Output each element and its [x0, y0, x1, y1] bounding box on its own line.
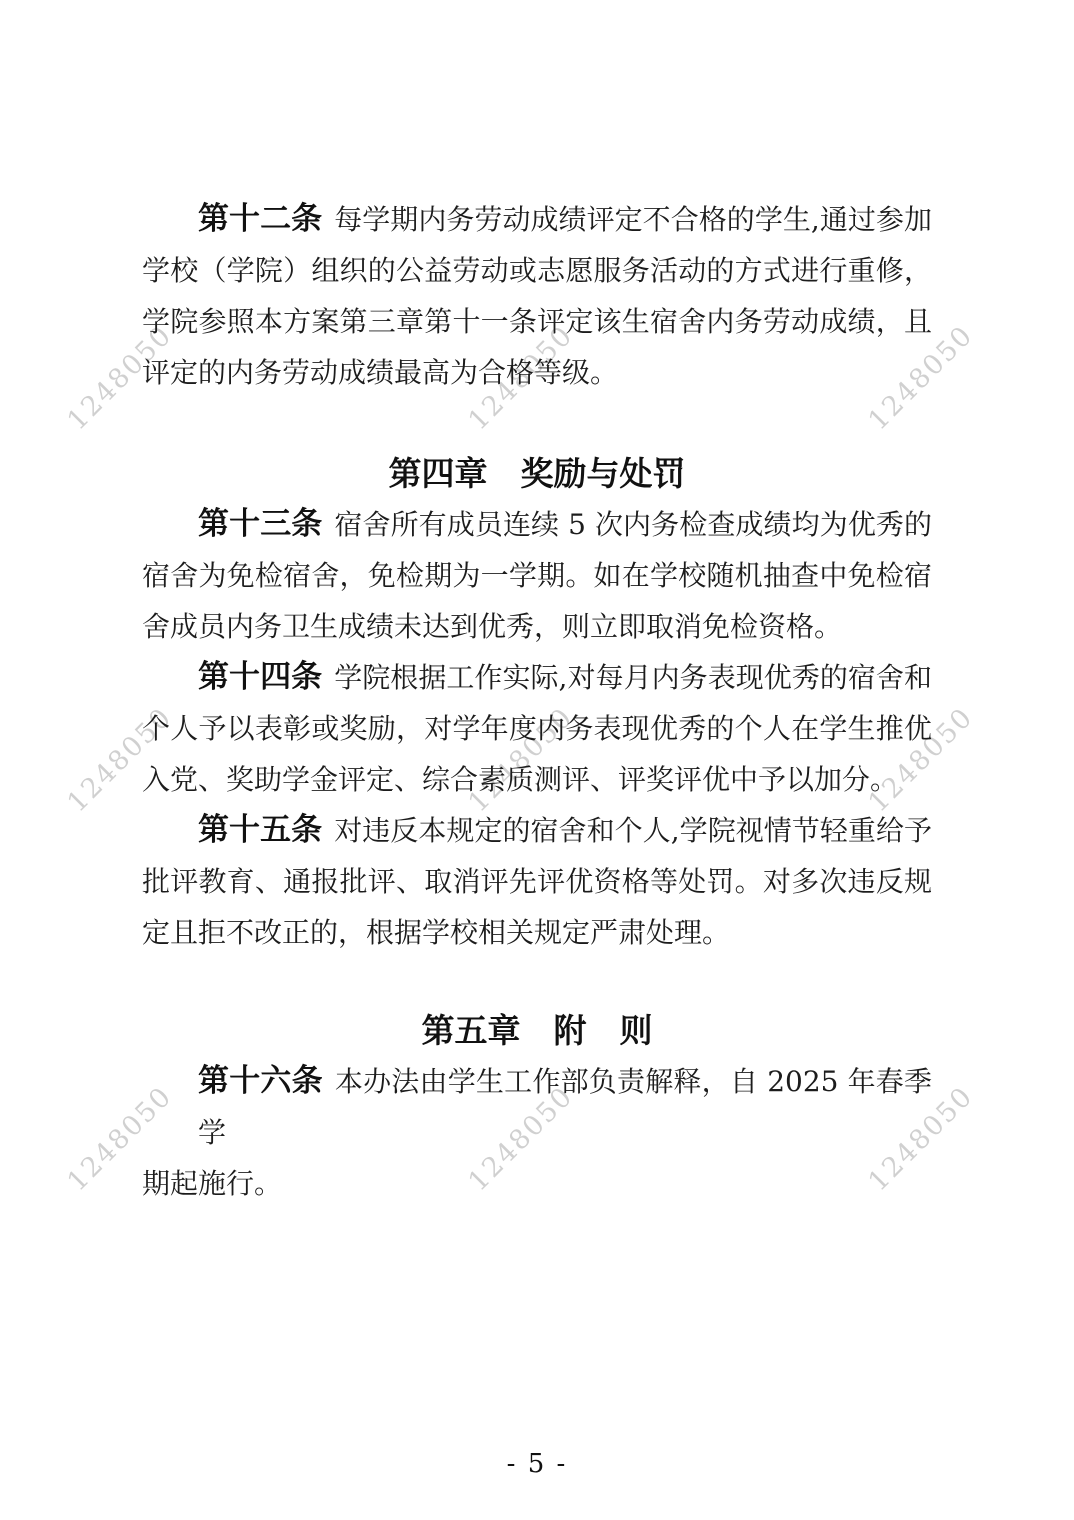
article-line: 入党、奖助学金评定、综合素质测评、评奖评优中予以加分。	[142, 754, 932, 805]
article-14-number: 第十四条	[198, 659, 322, 695]
article-line: 学校（学院）组织的公益劳动或志愿服务活动的方式进行重修，	[142, 245, 932, 296]
article-line: 第十四条学院根据工作实际,对每月内务表现优秀的宿舍和	[142, 652, 932, 703]
chapter-5-heading: 第五章 附 则	[142, 1005, 932, 1056]
article-line: 评定的内务劳动成绩最高为合格等级。	[142, 347, 932, 398]
article-text: 对违反本规定的宿舍和个人,学院视情节轻重给予	[334, 814, 932, 847]
article-line: 学院参照本方案第三章第十一条评定该生宿舍内务劳动成绩，且	[142, 296, 932, 347]
article-13-number: 第十三条	[198, 506, 322, 542]
article-line: 期起施行。	[142, 1158, 932, 1209]
article-12: 第十二条每学期内务劳动成绩评定不合格的学生,通过参加 学校（学院）组织的公益劳动…	[142, 194, 932, 398]
chapter-4-heading: 第四章 奖励与处罚	[142, 448, 932, 499]
article-14: 第十四条学院根据工作实际,对每月内务表现优秀的宿舍和 个人予以表彰或奖励，对学年…	[142, 652, 932, 805]
document-content: 第十二条每学期内务劳动成绩评定不合格的学生,通过参加 学校（学院）组织的公益劳动…	[0, 0, 1074, 1479]
article-line: 宿舍为免检宿舍，免检期为一学期。如在学校随机抽查中免检宿	[142, 550, 932, 601]
article-line: 个人予以表彰或奖励，对学年度内务表现优秀的个人在学生推优	[142, 703, 932, 754]
article-text: 每学期内务劳动成绩评定不合格的学生,通过参加	[334, 203, 932, 236]
article-15-number: 第十五条	[198, 812, 322, 848]
article-text: 宿舍所有成员连续 5 次内务检查成绩均为优秀的	[334, 508, 932, 541]
article-12-number: 第十二条	[198, 201, 322, 237]
document-page: 1248050 1248050 1248050 1248050 1248050 …	[0, 0, 1074, 1520]
article-line: 第十三条宿舍所有成员连续 5 次内务检查成绩均为优秀的	[142, 499, 932, 550]
article-line: 定且拒不改正的，根据学校相关规定严肃处理。	[142, 907, 932, 958]
page-number: - 5 -	[142, 1449, 932, 1479]
article-16-number: 第十六条	[198, 1063, 323, 1099]
article-line: 批评教育、通报批评、取消评先评优资格等处罚。对多次违反规	[142, 856, 932, 907]
article-line: 第十二条每学期内务劳动成绩评定不合格的学生,通过参加	[142, 194, 932, 245]
article-13: 第十三条宿舍所有成员连续 5 次内务检查成绩均为优秀的 宿舍为免检宿舍，免检期为…	[142, 499, 932, 652]
article-line: 第十六条本办法由学生工作部负责解释，自 2025 年春季学	[142, 1056, 932, 1158]
article-line: 舍成员内务卫生成绩未达到优秀，则立即取消免检资格。	[142, 601, 932, 652]
article-15: 第十五条对违反本规定的宿舍和个人,学院视情节轻重给予 批评教育、通报批评、取消评…	[142, 805, 932, 958]
article-line: 第十五条对违反本规定的宿舍和个人,学院视情节轻重给予	[142, 805, 932, 856]
article-text: 学院根据工作实际,对每月内务表现优秀的宿舍和	[334, 661, 932, 694]
article-16: 第十六条本办法由学生工作部负责解释，自 2025 年春季学 期起施行。	[142, 1056, 932, 1209]
